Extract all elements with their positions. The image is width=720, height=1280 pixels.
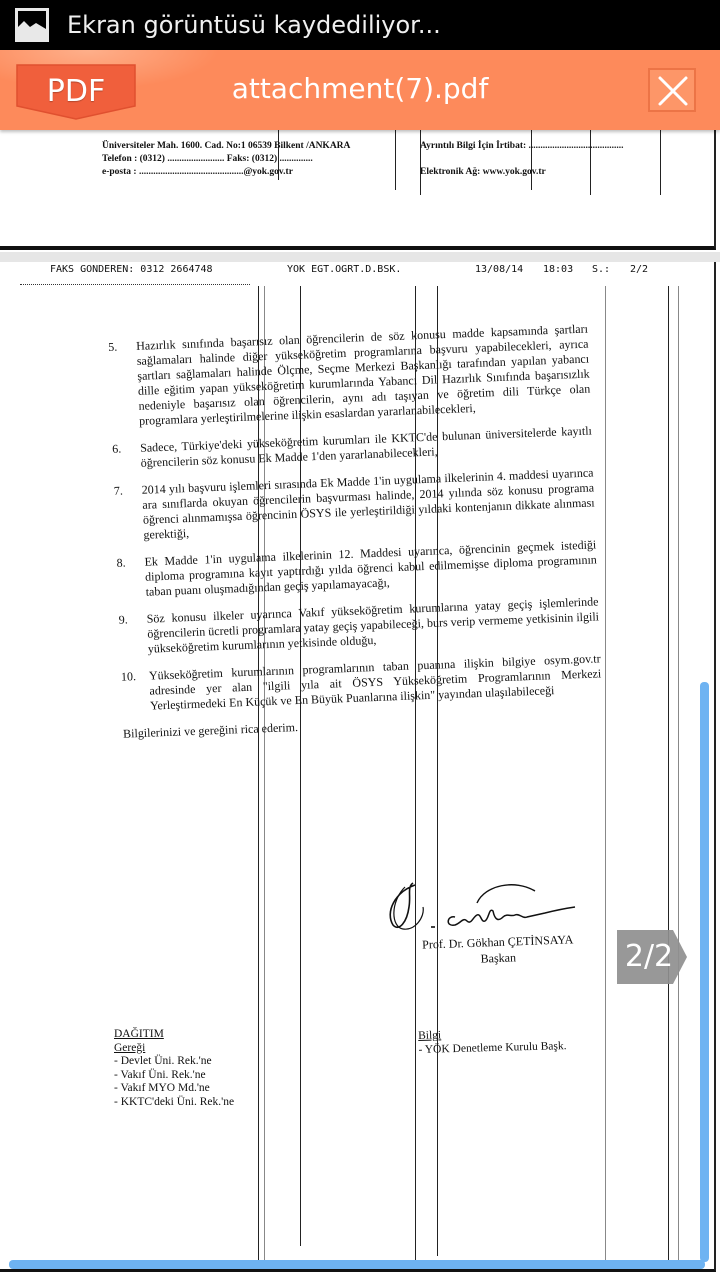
fax-time: 18:03 xyxy=(543,264,573,275)
contact-line: Ayrıntılı Bilgi İçin İrtibat: ..........… xyxy=(420,140,624,153)
fax-sender: FAKS GONDEREN: 0312 2664748 xyxy=(50,264,213,275)
image-icon xyxy=(15,8,49,42)
recipient: - KKTC'deki Üni. Rek.'ne xyxy=(114,1096,234,1110)
distribution-heading: DAĞITIM xyxy=(114,1028,234,1042)
info-list: Bilgi - YÖK Denetleme Kurulu Başk. xyxy=(418,1026,567,1057)
closing-sentence: Bilgilerinizi ve gereğini rica ederim. xyxy=(123,708,603,741)
page-indicator: 2/2 xyxy=(617,930,689,984)
status-bar: Ekran görüntüsü kaydediliyor... xyxy=(0,0,720,50)
status-notification-text: Ekran görüntüsü kaydediliyor... xyxy=(67,11,441,39)
email-line: e-posta : ..............................… xyxy=(102,166,350,179)
contact-block: Ayrıntılı Bilgi İçin İrtibat: ..........… xyxy=(420,140,624,179)
address-block: Üniversiteler Mah. 1600. Cad. No:1 06539… xyxy=(102,140,350,179)
document-title: attachment(7).pdf xyxy=(180,72,540,105)
pdf-page-1: Üniversiteler Mah. 1600. Cad. No:1 06539… xyxy=(0,130,716,250)
fax-office: YOK EGT.OGRT.D.BSK. xyxy=(287,264,401,275)
vertical-scrollbar[interactable] xyxy=(700,682,709,1262)
list-item: 9. Söz konusu ilkeler uyarınca Vakıf yük… xyxy=(118,594,599,657)
web-line: Elektronik Ağ: www.yok.gov.tr xyxy=(420,166,624,179)
recipient: - Vakıf MYO Md.'ne xyxy=(114,1082,234,1096)
distribution-list: DAĞITIM Gereği - Devlet Üni. Rek.'ne - V… xyxy=(114,1028,234,1109)
page-indicator-label: 2/2 xyxy=(617,939,681,974)
fax-date: 13/08/14 xyxy=(475,264,523,275)
list-item: 5. Hazırlık sınıfında başarısız olan öğr… xyxy=(108,322,591,430)
signer-block: Prof. Dr. Gökhan ÇETİNSAYA Başkan xyxy=(412,931,583,969)
address-line: Üniversiteler Mah. 1600. Cad. No:1 06539… xyxy=(102,140,350,153)
phone-line: Telefon : (0312) .......................… xyxy=(102,153,350,166)
pdf-badge-label: PDF xyxy=(16,74,136,109)
pdf-page-2: FAKS GONDEREN: 0312 2664748 YOK EGT.OGRT… xyxy=(0,262,716,1272)
list-item: 7. 2014 yılı başvuru işlemleri sırasında… xyxy=(114,465,596,543)
recipient: - Vakıf Üni. Rek.'ne xyxy=(114,1069,234,1083)
letter-body: 5. Hazırlık sınıfında başarısız olan öğr… xyxy=(108,322,603,742)
close-button[interactable] xyxy=(648,68,696,112)
pdf-viewport[interactable]: Üniversiteler Mah. 1600. Cad. No:1 06539… xyxy=(0,130,720,1280)
distribution-subheading: Gereği xyxy=(114,1042,234,1056)
pdf-toolbar: PDF attachment(7).pdf xyxy=(0,50,720,130)
list-item: 6. Sadece, Türkiye'deki yükseköğretim ku… xyxy=(112,423,593,471)
page-separator xyxy=(0,252,720,262)
horizontal-scrollbar[interactable] xyxy=(9,1260,705,1269)
list-item: 8. Ek Madde 1'in uygulama ilkelerinin 12… xyxy=(116,537,597,600)
fax-page-label: S.: xyxy=(592,264,610,275)
recipient: - Devlet Üni. Rek.'ne xyxy=(114,1055,234,1069)
pdf-badge: PDF xyxy=(16,64,136,120)
list-item: 10. Yükseköğretim kurumlarının programla… xyxy=(121,651,602,714)
close-icon xyxy=(657,75,689,107)
fax-page: 2/2 xyxy=(630,264,648,275)
